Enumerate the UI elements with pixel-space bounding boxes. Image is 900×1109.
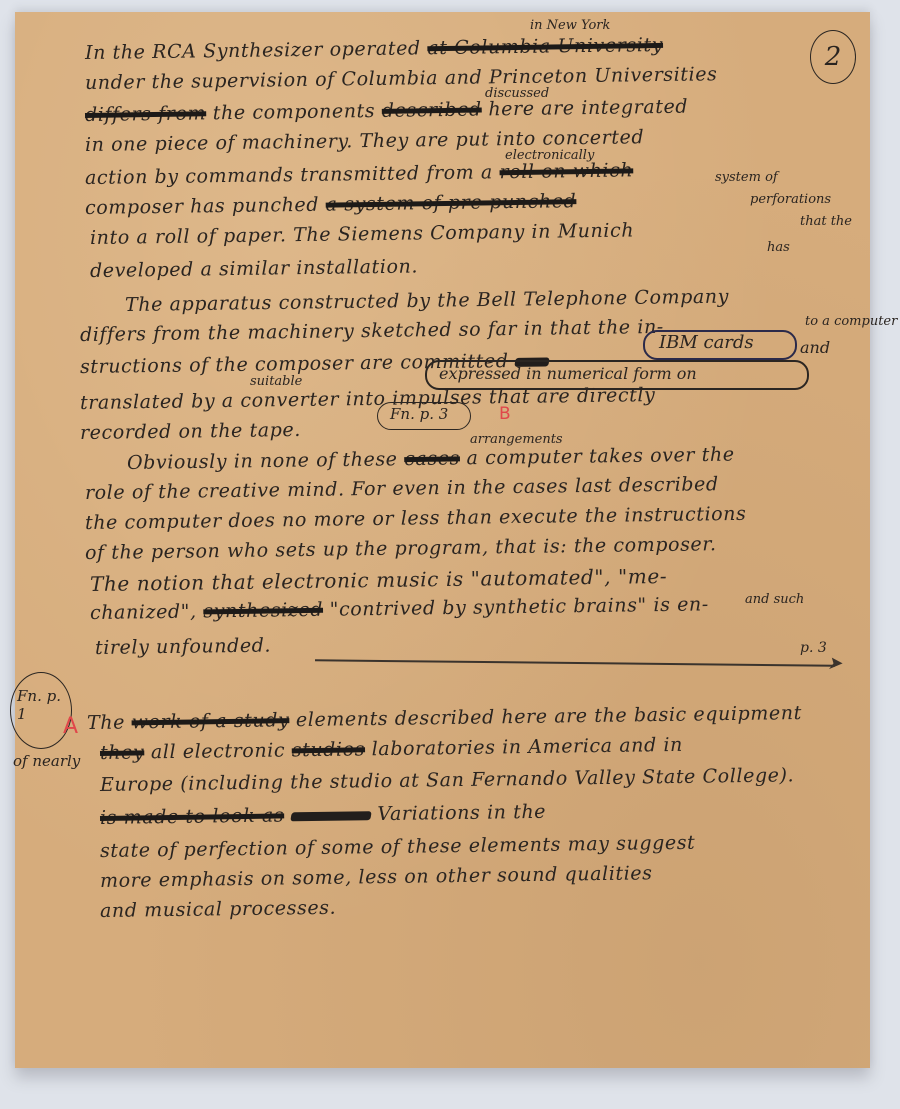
text-line: the computer does no more or less than e… (85, 503, 747, 534)
text-line: they all electronic studios laboratories… (100, 734, 683, 764)
boxed-region-ibm-cards: IBM cards (643, 330, 797, 360)
red-mark-b: B (499, 404, 511, 424)
insertion-has: has (767, 240, 790, 255)
insertion-that-the: that the (800, 214, 852, 229)
text-line: differs from the machinery sketched so f… (80, 316, 664, 346)
struck-text: cases (404, 447, 460, 470)
struck-text: a system of pre-punched (326, 190, 577, 215)
text-line: and musical processes. (100, 897, 337, 922)
text-line: The work of a study elements described h… (87, 702, 802, 734)
arrow-head-icon: ➤ (827, 653, 842, 674)
red-mark-a: A (63, 714, 78, 739)
struck-text: is made to look as (100, 804, 284, 829)
page-number-circle: 2 (810, 30, 856, 84)
text-line: Obviously in none of these cases a compu… (127, 444, 735, 474)
insertion-and-such: and such (745, 592, 804, 607)
insertion-in-new-york: in New York (530, 18, 610, 33)
insertion-system-of: system of (715, 170, 778, 185)
insertion-perforations: perforations (750, 192, 831, 207)
struck-text: studios (292, 738, 366, 761)
text-line: translated by a converter into impulses … (80, 384, 656, 414)
text-line: action by commands transmitted from a ro… (85, 159, 634, 189)
text-line: The apparatus constructed by the Bell Te… (125, 286, 729, 316)
text-line: under the supervision of Columbia and Pr… (85, 63, 718, 94)
ink-blot (290, 811, 371, 821)
text-line: differs from the components described he… (85, 96, 688, 126)
struck-text: roll on which (499, 159, 633, 183)
struck-text: at Columbia University (427, 34, 663, 59)
text-line: state of perfection of some of these ele… (100, 832, 696, 862)
text-line: developed a similar installation. (90, 255, 418, 282)
struck-text: they (100, 741, 145, 764)
text-line: The notion that electronic music is "aut… (90, 564, 668, 596)
text-line: role of the creative mind. For even in t… (85, 473, 719, 504)
text-line: In the RCA Synthesizer operated at Colum… (85, 34, 663, 64)
text-line: Europe (including the studio at San Fern… (100, 764, 795, 796)
text-line: composer has punched a system of pre-pun… (85, 190, 577, 219)
struck-text: synthesized (203, 599, 323, 623)
margin-note-of-nearly: of nearly (13, 752, 80, 770)
footnote-ref-oval: Fn. p. 3 (377, 402, 471, 430)
text-and: and (800, 338, 830, 357)
manuscript-page: 2 in New York In the RCA Synthesizer ope… (15, 12, 870, 1068)
text-line: chanized", synthesized "contrived by syn… (90, 593, 709, 624)
text-line: of the person who sets up the program, t… (85, 533, 717, 564)
text-line: tirely unfounded. (95, 635, 271, 659)
struck-text: described (382, 98, 482, 121)
continuation-page-ref: p. 3 (800, 640, 827, 656)
text-line: is made to look as Variations in the (100, 801, 546, 829)
text-line: more emphasis on some, less on other sou… (100, 862, 653, 892)
text-line: into a roll of paper. The Siemens Compan… (90, 219, 634, 249)
insertion-arrangements: arrangements (470, 432, 563, 447)
continuation-arrow (315, 659, 835, 666)
struck-text: work of a study (131, 709, 289, 733)
page-number: 2 (825, 42, 842, 72)
insertion-suitable: suitable (250, 374, 302, 389)
text-line: recorded on the tape. (80, 419, 301, 444)
insertion-to-a-computer: to a computer (805, 314, 897, 329)
struck-text: differs from (85, 102, 206, 126)
